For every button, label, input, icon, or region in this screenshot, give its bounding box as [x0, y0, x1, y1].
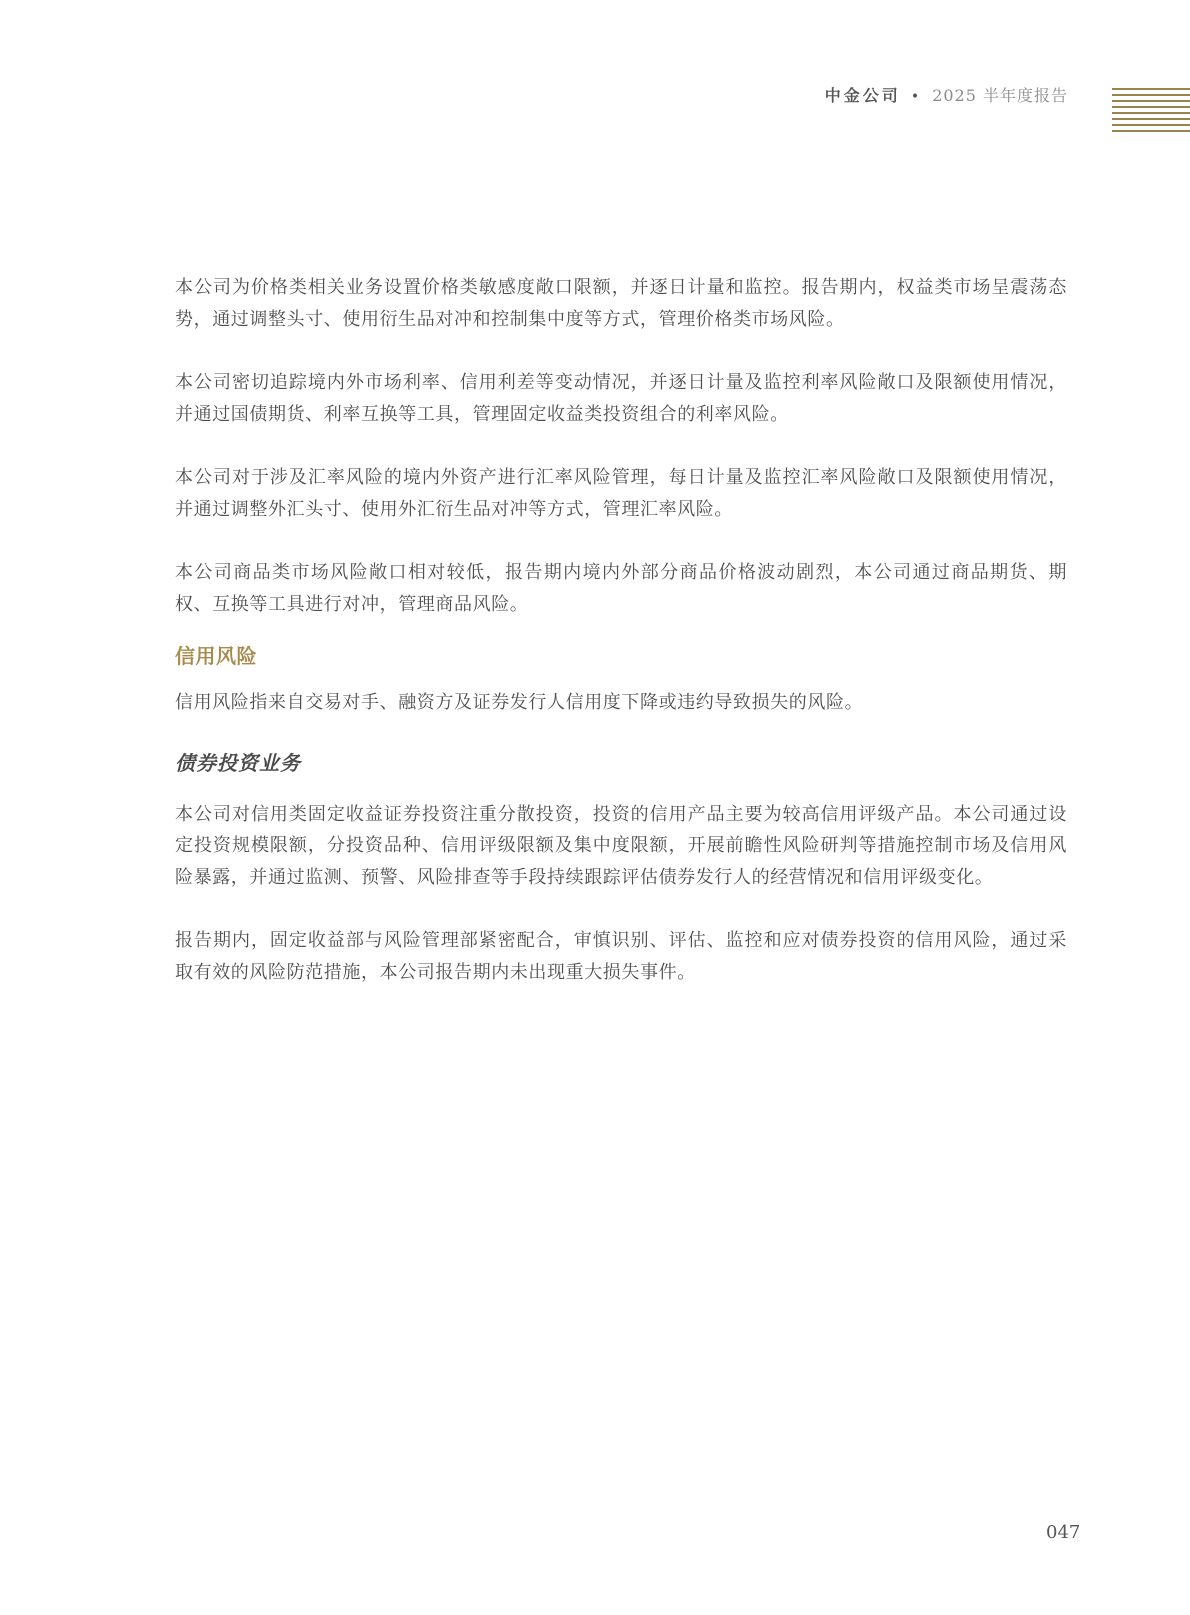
paragraph-interest-rate-risk: 本公司密切追踪境内外市场利率、信用利差等变动情况，并逐日计量及监控利率风险敞口及…: [175, 367, 1067, 430]
decoration-line: [1112, 130, 1190, 132]
paragraph-fx-risk: 本公司对于涉及汇率风险的境内外资产进行汇率风险管理，每日计量及监控汇率风险敞口及…: [175, 462, 1067, 525]
subsection-heading-bond-investment: 债券投资业务: [175, 749, 1067, 777]
decoration-line: [1112, 118, 1190, 120]
paragraph-bond-investment-policy: 本公司对信用类固定收益证券投资注重分散投资，投资的信用产品主要为较高信用评级产品…: [175, 799, 1067, 894]
decoration-line: [1112, 112, 1190, 114]
document-body: 本公司为价格类相关业务设置价格类敏感度敞口限额，并逐日计量和监控。报告期内，权益…: [175, 272, 1067, 1020]
decoration-line: [1112, 94, 1190, 96]
decoration-line: [1112, 106, 1190, 108]
paragraph-price-risk: 本公司为价格类相关业务设置价格类敏感度敞口限额，并逐日计量和监控。报告期内，权益…: [175, 272, 1067, 335]
paragraph-bond-investment-result: 报告期内，固定收益部与风险管理部紧密配合，审慎识别、评估、监控和应对债券投资的信…: [175, 925, 1067, 988]
paragraph-commodity-risk: 本公司商品类市场风险敞口相对较低，报告期内境内外部分商品价格波动剧烈，本公司通过…: [175, 557, 1067, 620]
header-decoration-lines: [1112, 88, 1190, 136]
decoration-line: [1112, 100, 1190, 102]
section-heading-credit-risk: 信用风险: [175, 642, 1067, 670]
running-header: 中金公司 • 2025 半年度报告: [825, 84, 1068, 109]
paragraph-credit-risk-definition: 信用风险指来自交易对手、融资方及证券发行人信用度下降或违约导致损失的风险。: [175, 687, 1067, 719]
decoration-line: [1112, 124, 1190, 126]
decoration-line: [1112, 88, 1190, 90]
company-name: 中金公司: [825, 86, 901, 105]
separator-bullet: •: [911, 89, 920, 105]
page-number: 047: [1046, 1522, 1080, 1543]
report-title: 2025 半年度报告: [932, 86, 1068, 105]
